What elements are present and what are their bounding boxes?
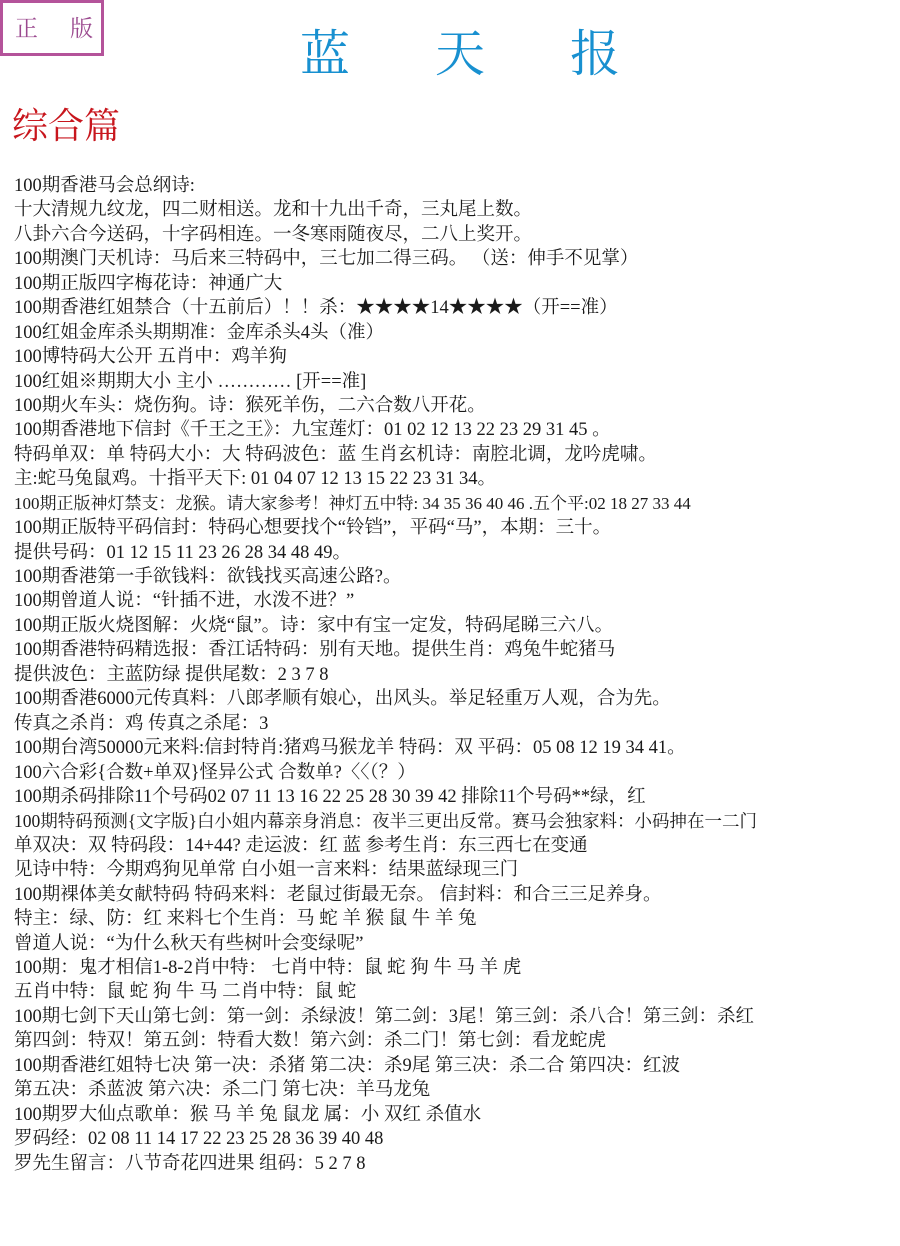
text-line <box>14 1200 900 1224</box>
text-line: 传真之杀肖：鸡 传真之杀尾：3 <box>14 712 900 736</box>
text-line: 100六合彩{合数+单双}怪异公式 合数单?〈〈（？） <box>14 761 900 785</box>
title-char: 蓝 <box>300 14 350 86</box>
text-line: 100期正版火烧图解：火烧“鼠”。诗：家中有宝一定发，特码尾睇三六八。 <box>14 614 900 638</box>
text-line: 主:蛇马兔鼠鸡。十指平天下: 01 04 07 12 13 15 22 23 3… <box>14 467 900 491</box>
badge-char: 版 <box>70 10 93 43</box>
text-line: 100期罗大仙点歌单：猴 马 羊 兔 鼠龙 属：小 双红 杀值水 <box>14 1103 900 1127</box>
badge-char: 正 <box>15 10 38 43</box>
text-line: 特主：绿、防：红 来料七个生肖：马 蛇 羊 猴 鼠 牛 羊 兔 <box>14 907 900 931</box>
text-line <box>14 1176 900 1200</box>
text-line: 100期香港6000元传真料：八郎孝顺有娘心，出风头。举足轻重万人观，合为先。 <box>14 687 900 711</box>
title-char: 天 <box>435 14 485 86</box>
text-line: 100期特码预测{文字版}白小姐内幕亲身消息：夜半三更出反常。赛马会独家料：小码… <box>14 809 900 833</box>
text-line: 特码单双：单 特码大小：大 特码波色：蓝 生肖玄机诗：南腔北调，龙吟虎啸。 <box>14 443 900 467</box>
text-line: 100期澳门天机诗：马后来三特码中，三七加二得三码。 （送：伸手不见掌） <box>14 247 900 271</box>
text-line: 五肖中特：鼠 蛇 狗 牛 马 二肖中特：鼠 蛇 <box>14 980 900 1004</box>
text-line: 八卦六合今送码，十字码相连。一冬寒雨随夜尽，二八上奖开。 <box>14 223 900 247</box>
text-line: 100期火车头：烧伤狗。诗：猴死羊伤，二六合数八开花。 <box>14 394 900 418</box>
text-line: 100博特码大公开 五肖中：鸡羊狗 <box>14 345 900 369</box>
text-line: 100期曾道人说：“针插不进，水泼不进？” <box>14 589 900 613</box>
text-line: 100期裸体美女献特码 特码来料：老鼠过街最无奈。 信封料：和合三三足养身。 <box>14 883 900 907</box>
text-line: 100期香港红姐禁合（十五前后）！！杀：★★★★14★★★★（开==准） <box>14 296 900 320</box>
text-line: 100期七剑下天山第七剑：第一剑：杀绿波！第二剑：3尾！第三剑：杀八合！第三剑：… <box>14 1005 900 1029</box>
text-line: 提供号码：01 12 15 11 23 26 28 34 48 49。 <box>14 541 900 565</box>
text-line: 100期正版神灯禁支：龙猴。请大家参考！神灯五中特: 34 35 36 40 4… <box>14 492 900 516</box>
text-line: 100期：鬼才相信1-8-2肖中特： 七肖中特：鼠 蛇 狗 牛 马 羊 虎 <box>14 956 900 980</box>
text-line: 罗码经：02 08 11 14 17 22 23 25 28 36 39 40 … <box>14 1127 900 1151</box>
text-line: 第四剑：特双！第五剑：特看大数！第六剑：杀二门！第七剑：看龙蛇虎 <box>14 1029 900 1053</box>
text-line: 提供波色：主蓝防绿 提供尾数：2 3 7 8 <box>14 663 900 687</box>
text-line: 100期香港第一手欲钱料：欲钱找买高速公路?。 <box>14 565 900 589</box>
page-title: 蓝 天 报 <box>300 18 620 82</box>
text-line: 十大清规九纹龙，四二财相送。龙和十九出千奇，三丸尾上数。 <box>14 198 900 222</box>
text-line: 见诗中特：今期鸡狗见单常 白小姐一言来料：结果蓝绿现三门 <box>14 858 900 882</box>
text-line: 100期香港红姐特七决 第一决：杀猪 第二决：杀9尾 第三决：杀二合 第四决：红… <box>14 1054 900 1078</box>
edition-badge: 正 版 <box>0 0 104 56</box>
text-line: 单双决：双 特码段：14+44? 走运波：红 蓝 参考生肖：东三西七在变通 <box>14 834 900 858</box>
text-line: 100期正版四字梅花诗：神通广大 <box>14 272 900 296</box>
text-line: 100期香港马会总纲诗: <box>14 174 900 198</box>
text-line: 罗先生留言：八节奇花四进果 组码：5 2 7 8 <box>14 1152 900 1176</box>
text-line: 100红姐※期期大小 主小 ………… [开==准] <box>14 370 900 394</box>
text-line: 第五决：杀蓝波 第六决：杀二门 第七决：羊马龙兔 <box>14 1078 900 1102</box>
text-line: 100期正版特平码信封：特码心想要找个“铃铛”，平码“马”，本期：三十。 <box>14 516 900 540</box>
text-line: 100期香港特码精选报：香江话特码：别有天地。提供生肖：鸡兔牛蛇猪马 <box>14 638 900 662</box>
section-heading: 综合篇 <box>12 98 120 149</box>
text-line: 100期台湾50000元来料:信封特肖:猪鸡马猴龙羊 特码：双 平码：05 08… <box>14 736 900 760</box>
text-line: 100期香港地下信封《千王之王》：九宝莲灯：01 02 12 13 22 23 … <box>14 418 900 442</box>
text-line: 曾道人说：“为什么秋天有些树叶会变绿呢” <box>14 932 900 956</box>
content-lines: 100期香港马会总纲诗: 十大清规九纹龙，四二财相送。龙和十九出千奇，三丸尾上数… <box>14 174 900 1225</box>
text-line: 100红姐金库杀头期期准：金库杀头4头（准） <box>14 321 900 345</box>
text-line: 100期杀码排除11个号码02 07 11 13 16 22 25 28 30 … <box>14 785 900 809</box>
title-char: 报 <box>570 14 620 86</box>
